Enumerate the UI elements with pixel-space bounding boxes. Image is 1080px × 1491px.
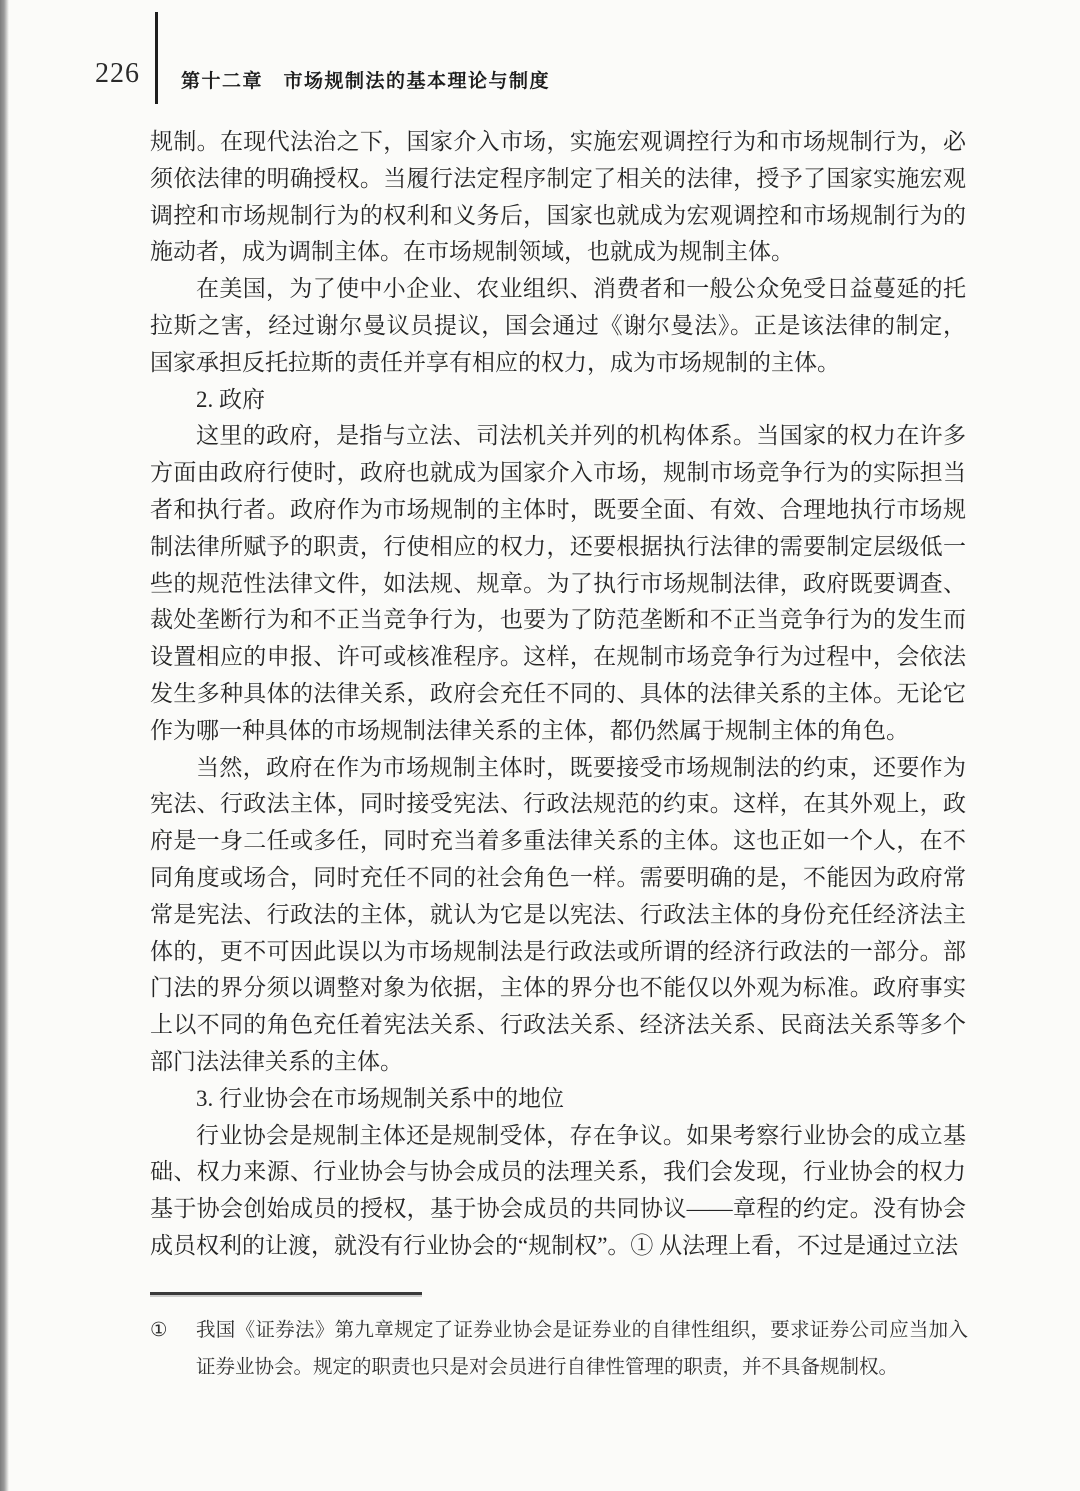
header-divider-bar — [155, 12, 158, 104]
footnote-divider — [150, 1292, 422, 1295]
section-heading-government: 2. 政府 — [150, 382, 966, 419]
footnote-text: 我国《证券法》第九章规定了证券业协会是证券业的自律性组织，要求证券公司应当加入证… — [196, 1312, 968, 1386]
page-number: 226 — [95, 58, 140, 90]
section-heading-industry-association: 3. 行业协会在市场规制关系中的地位 — [150, 1081, 966, 1118]
paragraph-continuation: 规制。在现代法治之下，国家介入市场，实施宏观调控行为和市场规制行为，必须依法律的… — [150, 124, 966, 271]
footnote-marker: ① — [150, 1312, 196, 1386]
footnote: ① 我国《证券法》第九章规定了证券业协会是证券业的自律性组织，要求证券公司应当加… — [150, 1312, 968, 1386]
paragraph: 这里的政府，是指与立法、司法机关并列的机构体系。当国家的权力在许多方面由政府行使… — [150, 418, 966, 749]
scan-edge-shadow — [0, 0, 9, 1491]
paragraph: 行业协会是规制主体还是规制受体，存在争议。如果考察行业协会的成立基础、权力来源、… — [150, 1118, 966, 1265]
body-text: 规制。在现代法治之下，国家介入市场，实施宏观调控行为和市场规制行为，必须依法律的… — [150, 124, 966, 1265]
paragraph: 在美国，为了使中小企业、农业组织、消费者和一般公众免受日益蔓延的托拉斯之害，经过… — [150, 271, 966, 381]
paragraph: 当然，政府在作为市场规制主体时，既要接受市场规制法的约束，还要作为宪法、行政法主… — [150, 750, 966, 1081]
chapter-title: 第十二章 市场规制法的基本理论与制度 — [181, 66, 550, 93]
book-page: 226 第十二章 市场规制法的基本理论与制度 规制。在现代法治之下，国家介入市场… — [0, 0, 1080, 1491]
